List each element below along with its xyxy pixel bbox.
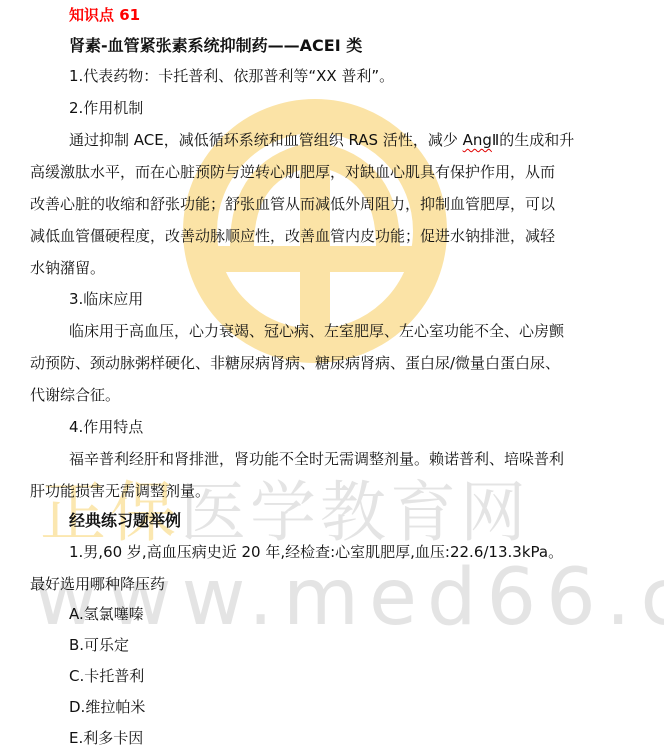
watermark-site: 医学教育网 (180, 474, 530, 551)
spellcheck-flagged-word: Ang (463, 131, 492, 149)
mechanism-line-2: 高缓激肽水平，而在心脏预防与逆转心肌肥厚，对缺血心肌具有保护作用，从而 (30, 163, 555, 181)
features-line-2: 肝功能损害无需调整剂量。 (30, 482, 210, 500)
option-d: D.维拉帕米 (69, 698, 145, 716)
mechanism-line-1: 通过抑制 ACE，减低循环系统和血管组织 RAS 活性，减少 AngⅡ的生成和升 (69, 131, 574, 149)
knowledge-point-label: 知识点 61 (69, 6, 140, 24)
question-line-2: 最好选用哪种降压药 (30, 575, 165, 593)
watermark-url: www.med66.com (34, 558, 664, 638)
option-a: A.氢氯噻嗪 (69, 605, 144, 623)
heading-clinical-use: 3.临床应用 (69, 290, 143, 308)
mechanism-line-5: 水钠潴留。 (30, 259, 105, 277)
clinical-line-3: 代谢综合征。 (30, 386, 120, 404)
mechanism-text: 通过抑制 ACE，减低循环系统和血管组织 RAS 活性，减少 (69, 131, 463, 149)
mechanism-line-3: 改善心脏的收缩和舒张功能；舒张血管从而减低外周阻力，抑制血管肥厚，可以 (30, 195, 555, 213)
heading-features: 4.作用特点 (69, 418, 143, 436)
question-line-1: 1.男,60 岁,高血压病史近 20 年,经检查:心室肌肥厚,血压:22.6/1… (69, 543, 563, 561)
clinical-line-2: 动预防、颈动脉粥样硬化、非糖尿病肾病、糖尿病肾病、蛋白尿/微量白蛋白尿、 (30, 354, 560, 372)
exercise-heading: 经典练习题举例 (69, 512, 181, 530)
item-representative-drugs: 1.代表药物：卡托普利、依那普利等“XX 普利”。 (69, 67, 394, 85)
clinical-line-1: 临床用于高血压，心力衰竭、冠心病、左室肥厚、左心室功能不全、心房颤 (69, 322, 564, 340)
heading-mechanism: 2.作用机制 (69, 99, 143, 117)
option-b: B.可乐定 (69, 636, 129, 654)
mechanism-text: Ⅱ的生成和升 (492, 131, 574, 149)
option-c: C.卡托普利 (69, 667, 144, 685)
mechanism-line-4: 减低血管僵硬程度，改善动脉顺应性，改善血管内皮功能；促进水钠排泄，减轻 (30, 227, 555, 245)
option-e: E.利多卡因 (69, 729, 143, 747)
features-line-1: 福辛普利经肝和肾排泄，肾功能不全时无需调整剂量。赖诺普利、培哚普利 (69, 450, 564, 468)
section-title: 肾素-血管紧张素系统抑制药——ACEI 类 (69, 37, 362, 55)
